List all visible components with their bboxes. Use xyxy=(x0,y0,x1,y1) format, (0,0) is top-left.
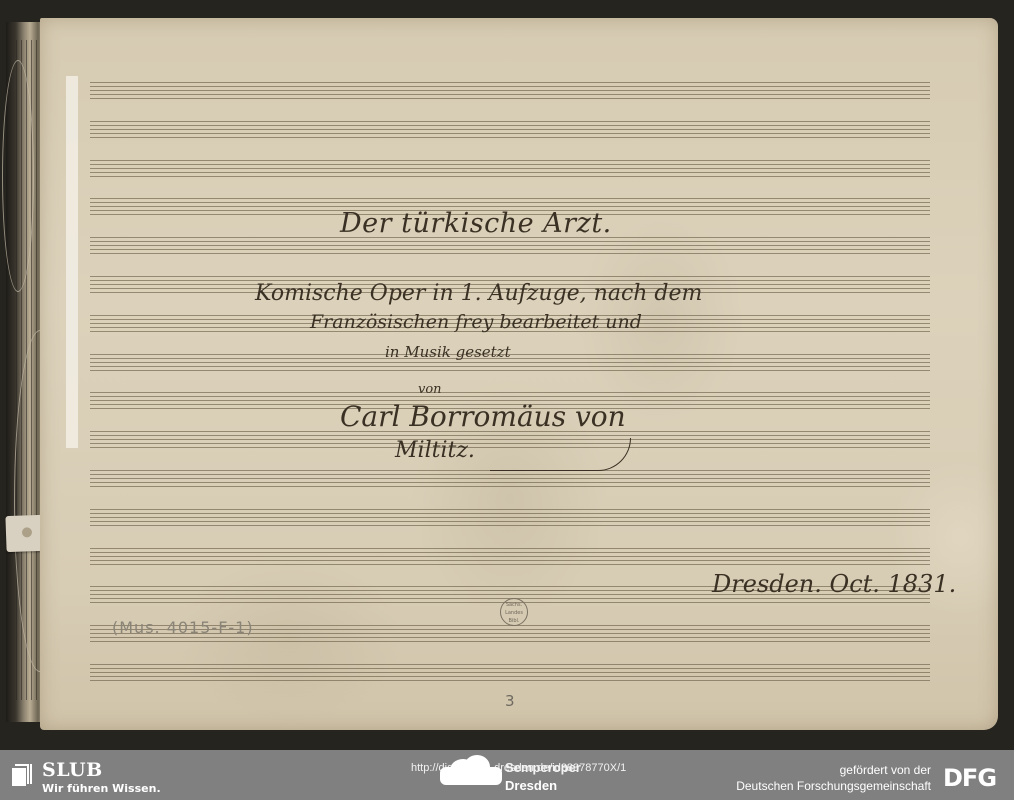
staff xyxy=(90,82,930,98)
staff xyxy=(90,470,930,486)
slub-logo-link[interactable]: SLUB xyxy=(42,759,103,781)
by-label: von xyxy=(418,382,442,397)
pen-flourish xyxy=(490,438,631,471)
footer-bar: SLUB Wir führen Wissen. http://digital.s… xyxy=(0,750,1014,800)
manuscript-title: Der türkische Arzt. xyxy=(340,208,612,239)
slub-pages-icon xyxy=(12,764,32,786)
binding-string xyxy=(2,60,34,292)
staff xyxy=(90,160,930,176)
staff xyxy=(90,548,930,564)
subtitle-line-1: Komische Oper in 1. Aufzuge, nach dem xyxy=(255,281,702,306)
staff xyxy=(90,237,930,253)
image-viewer: Der türkische Arzt. Komische Oper in 1. … xyxy=(0,0,1014,750)
paper-strip xyxy=(66,76,78,448)
subtitle-line-3: in Musik gesetzt xyxy=(385,343,511,361)
semperoper-city: Dresden xyxy=(505,778,557,793)
page-number: 3 xyxy=(505,692,515,710)
manuscript-page: Der türkische Arzt. Komische Oper in 1. … xyxy=(40,18,998,730)
composer-name-cont: Miltitz. xyxy=(395,438,475,463)
place-date: Dresden. Oct. 1831. xyxy=(712,570,956,598)
subtitle-line-2: Französischen frey bearbeitet und xyxy=(310,311,642,333)
library-stamp: Sächs. Landes Bibl. xyxy=(500,598,528,626)
semperoper-cloud-icon xyxy=(440,755,502,785)
shelfmark: (Mus. 4015-F-1) xyxy=(112,618,254,637)
staff xyxy=(90,664,930,680)
semperoper-logo-link[interactable]: Semperoper xyxy=(505,760,581,775)
staff xyxy=(90,509,930,525)
composer-name: Carl Borromäus von xyxy=(340,400,626,433)
dfg-logo-link[interactable]: DFG xyxy=(943,764,996,792)
staff xyxy=(90,121,930,137)
funding-text: gefördert von der xyxy=(840,763,931,777)
slub-tagline: Wir führen Wissen. xyxy=(42,782,161,795)
funding-org: Deutschen Forschungsgemeinschaft xyxy=(736,779,931,793)
